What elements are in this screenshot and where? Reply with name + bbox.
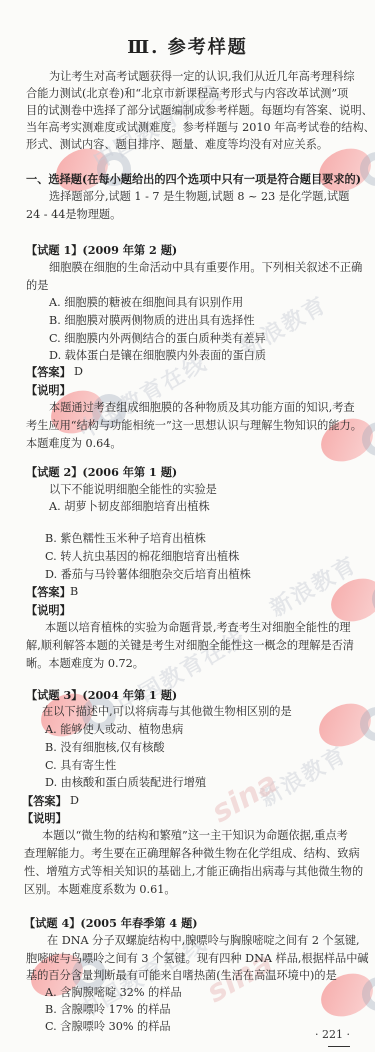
answer-label: 【答案】: [26, 585, 71, 599]
option-b: B. 紫色糯性玉米种子培育出植株: [45, 532, 206, 546]
explain-text: 本题难度为 0.64。: [26, 437, 122, 451]
question-stem: 胞嘧啶与鸟嘌呤之间有 3 个氢键。现有四种 DNA 样品,根据样品中碱: [26, 952, 369, 966]
answer-label: 【答案】: [26, 365, 71, 379]
option-a: A. 含胸腺嘧啶 32% 的样品: [45, 986, 182, 1000]
explain-text: 本题通过考查组成细胞膜的各种物质及其功能方面的知识,考查: [49, 401, 355, 415]
page-title: Ⅲ. 参考样题: [0, 33, 375, 59]
question-stem: 在 DNA 分子双螺旋结构中,腺嘌呤与胸腺嘧啶之间有 2 个氢键,: [47, 934, 360, 948]
section-desc: 24 - 44是物理题。: [26, 208, 121, 222]
question-stem: 基的百分含量判断最有可能来自嗜热菌(生活在高温环境中)的是: [26, 969, 337, 983]
intro-line: 为让考生对高考试题获得一定的认识,我们从近几年高考理科综: [49, 70, 355, 84]
question-stem: 以下不能说明细胞全能性的实验是: [49, 483, 217, 497]
intro-line: 合能力测试(北京卷)和“北京市新课程高考形式与内容改革试测”项: [26, 87, 348, 101]
question-stem: 细胞膜在细胞的生命活动中具有重要作用。下列相关叙述不正确: [49, 261, 362, 275]
sina-watermark-brand: sina: [206, 765, 284, 830]
explain-text: 区别。本题难度系数为 0.61。: [24, 883, 176, 897]
option-c: C. 细胞膜内外两侧结合的蛋白质种类有差异: [49, 332, 266, 346]
explain-text: 解,顺利解答本题的关键是考生对细胞全能性这一概念的理解是否清: [26, 639, 354, 653]
intro-line: 当年高考实测难度或试测难度。参考样题与 2010 年高考试卷的结构、: [26, 121, 375, 135]
explain-text: 考生应用“结构与功能相统一”这一思想认识与理解生物知识的能力。: [26, 419, 362, 433]
explain-text: 查理解能力。考生要在正确理解各种微生物在化学组成、结构、致病: [24, 847, 360, 861]
option-a: A. 胡萝卜韧皮部细胞培育出植株: [49, 500, 210, 514]
explain-text: 本题以培育植株的实验为命题背景,考查考生对细胞全能性的理: [45, 621, 351, 635]
explain-text: 晰。本题难度为 0.72。: [26, 657, 144, 671]
option-c: C. 含腺嘌呤 30% 的样品: [45, 1020, 171, 1034]
option-b: B. 细胞膜对膜两侧物质的进出具有选择性: [49, 314, 255, 328]
explain-text: 本题以“微生物的结构和繁殖”这一主干知识为命题依据,重点考: [42, 829, 348, 843]
option-b: B. 含腺嘌呤 17% 的样品: [45, 1003, 171, 1017]
sina-watermark-text: 新浪教育: [264, 548, 363, 623]
sina-watermark-text: 新浪教育: [254, 738, 353, 813]
explain-label: 【说明】: [22, 811, 67, 825]
question-label: 【试题 2】(2006 年第 1 题): [26, 465, 177, 479]
eol-watermark-logo: [330, 580, 375, 626]
question-stem: 在以下描述中,可以将病毒与其他微生物相区别的是: [42, 705, 292, 719]
option-d: D. 载体蛋白是镶在细胞膜内外表面的蛋白质: [49, 349, 266, 363]
option-a: A. 能够使人或动、植物患病: [45, 723, 183, 737]
section-desc: 选择题部分,试题 1 - 7 是生物题,试题 8 ~ 23 是化学题,试题: [49, 190, 349, 204]
answer-value: D: [74, 365, 83, 379]
explain-text: 性、增殖方式等相关知识的基础上,才能正确指出病毒与其他微生物的: [24, 865, 363, 879]
option-c: C. 具有寄生性: [45, 759, 116, 773]
document-page: 中国教育在线 中国教育在线 中国教育在线 中国教育在线 新浪教育 新浪教育 新浪…: [0, 0, 375, 1052]
eol-watermark-logo: [318, 705, 375, 751]
question-label: 【试题 3】(2004 年第 1 题): [26, 688, 177, 702]
option-d: D. 番茄与马铃薯体细胞杂交后培育出植株: [45, 568, 251, 582]
question-label: 【试题 1】(2009 年第 2 题): [26, 243, 177, 257]
option-b: B. 没有细胞核,仅有核酸: [45, 741, 165, 755]
intro-line: 目的试测卷中选择了部分试题编制成参考样题。每题均有答案、说明、: [26, 104, 373, 118]
explain-label: 【说明】: [26, 383, 71, 397]
option-a: A. 细胞膜的糖被在细胞间具有识别作用: [49, 296, 243, 310]
question-stem: 的是: [26, 279, 48, 293]
option-c: C. 转人抗虫基因的棉花细胞培育出植株: [45, 550, 239, 564]
question-label: 【试题 4】(2005 年春季第 4 题): [24, 916, 198, 930]
answer-label: 【答案】: [22, 794, 67, 808]
explain-label: 【说明】: [26, 603, 71, 617]
page-footer-rule: [328, 1046, 350, 1047]
option-d: D. 由核酸和蛋白质装配进行增殖: [45, 776, 206, 790]
page-number: · 221 ·: [315, 1028, 350, 1041]
answer-value: D: [70, 794, 79, 808]
intro-line: 形式、测试内容、题目排序、题量、难度等均没有对应关系。: [26, 138, 328, 152]
section-heading: 一、选择题(在每小题给出的四个选项中只有一项是符合题目要求的): [26, 172, 361, 186]
answer-value: B: [70, 585, 78, 599]
